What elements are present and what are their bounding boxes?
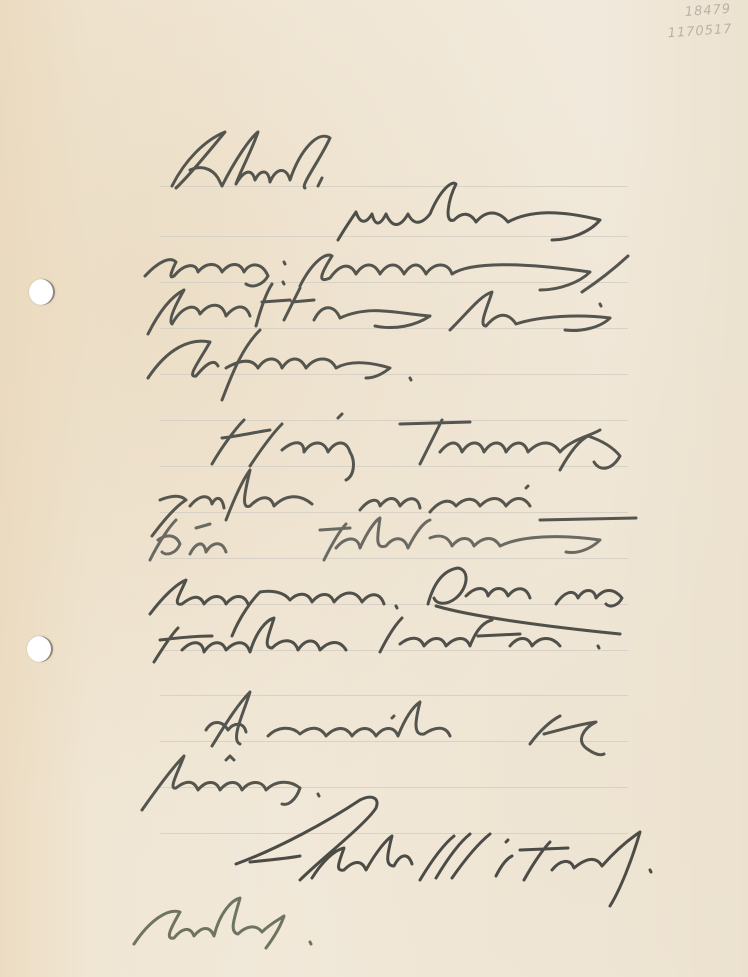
handwriting-line-veces-gracias — [145, 255, 628, 306]
handwriting-signature — [236, 797, 651, 906]
handwriting-line-bia-palabras — [150, 518, 600, 560]
handwriting-line-ya-que-no-reci — [152, 470, 636, 536]
handwriting-line-prisa — [142, 756, 319, 810]
handwriting-strokes — [0, 0, 748, 977]
handwriting-line-muchas — [338, 183, 600, 240]
letter-page: 18479 1170517 — [0, 0, 748, 977]
handwriting-line-hacia-tiempo — [212, 414, 620, 480]
handwriting-line-afanes — [148, 330, 411, 400]
handwriting-line-suyas-que-no — [150, 568, 622, 636]
handwriting-line-le-escribo-de — [206, 692, 604, 755]
handwriting-line-por-todos-sus — [148, 284, 610, 334]
handwriting-postscript — [134, 898, 311, 948]
handwriting-salutation — [172, 132, 330, 188]
